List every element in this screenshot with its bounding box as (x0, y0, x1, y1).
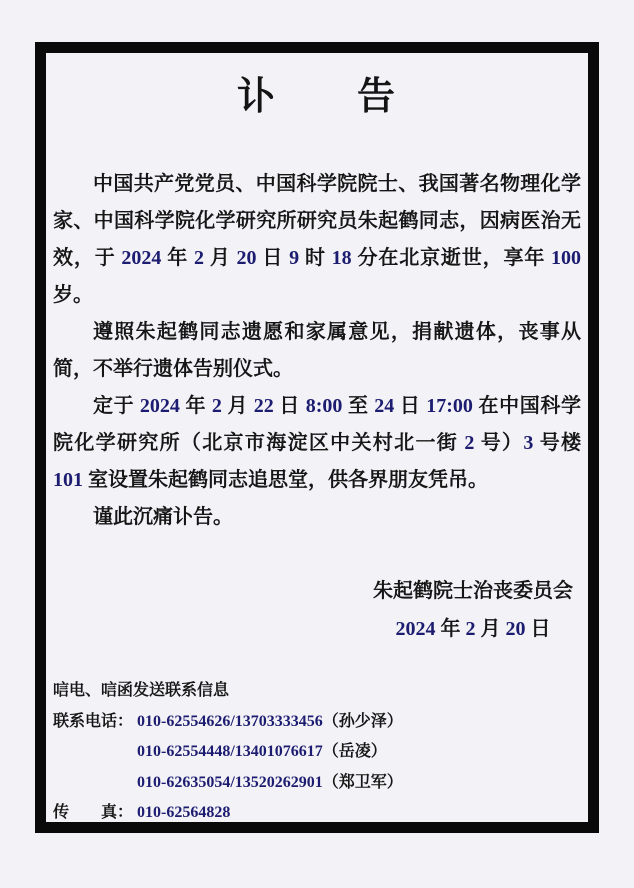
contact-fax-row: 传 真：010-62564828 (53, 798, 581, 829)
notice-title: 讣 告 (53, 75, 581, 119)
contact-phone-row: 010-62554448/13401076617（岳凌） (53, 737, 581, 768)
fax-label: 传 真： (53, 798, 137, 829)
notice-paragraph-closing: 谨此沉痛讣告。 (53, 499, 581, 536)
contact-block: 唁电、唁函发送联系信息 联系电话：010-62554626/1370333345… (53, 676, 581, 833)
signature-date: 2024 年 2 月 20 日 (373, 610, 573, 648)
phone-value: 010-62554448/13401076617（岳凌） (137, 743, 387, 760)
obituary-page: 讣 告 中国共产党党员、中国科学院院士、我国著名物理化学家、中国科学院化学研究所… (0, 0, 634, 888)
contact-heading: 唁电、唁函发送联系信息 (53, 676, 581, 707)
notice-frame: 讣 告 中国共产党党员、中国科学院院士、我国著名物理化学家、中国科学院化学研究所… (35, 42, 599, 833)
contact-email-row: 电子邮件：rjc@iccas.ac.cn，zhengwj@iccas.ac.cn (53, 829, 581, 834)
phone-value: 010-62635054/13520262901（郑卫军） (137, 774, 403, 791)
notice-body: 中国共产党党员、中国科学院院士、我国著名物理化学家、中国科学院化学研究所研究员朱… (53, 166, 581, 536)
notice-paragraph-memorial-hall: 定于 2024 年 2 月 22 日 8:00 至 24 日 17:00 在中国… (53, 388, 581, 499)
phone-value: 010-62554626/13703333456（孙少泽） (137, 713, 403, 730)
notice-paragraph-death-announcement: 中国共产党党员、中国科学院院士、我国著名物理化学家、中国科学院化学研究所研究员朱… (53, 166, 581, 314)
fax-value: 010-62564828 (137, 804, 230, 821)
signature-committee: 朱起鹤院士治丧委员会 (373, 572, 573, 610)
contact-phone-row: 010-62635054/13520262901（郑卫军） (53, 768, 581, 799)
contact-phone-row: 联系电话：010-62554626/13703333456（孙少泽） (53, 707, 581, 738)
phone-label: 联系电话： (53, 707, 137, 738)
signature-block: 朱起鹤院士治丧委员会 2024 年 2 月 20 日 (373, 572, 573, 648)
email-label: 电子邮件： (53, 829, 137, 834)
notice-paragraph-funeral-arrangement: 遵照朱起鹤同志遗愿和家属意见，捐献遗体，丧事从简，不举行遗体告别仪式。 (53, 314, 581, 388)
